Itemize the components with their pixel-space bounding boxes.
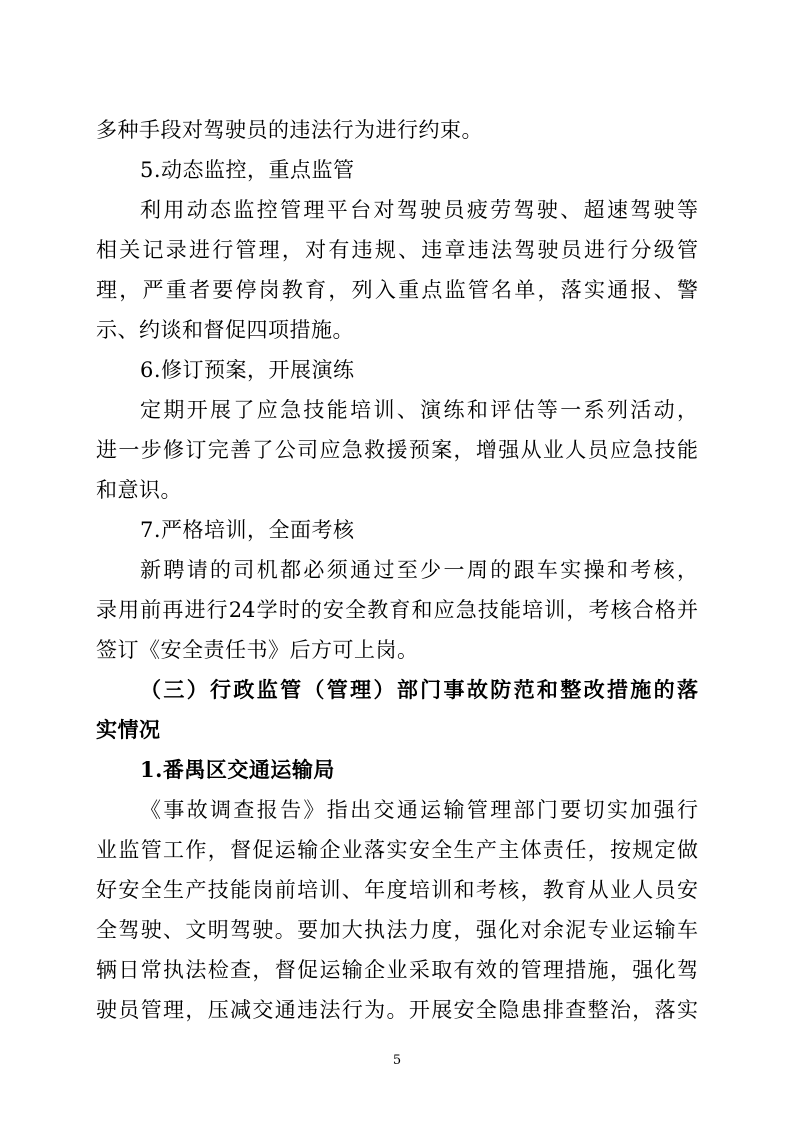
text-line: 业监管工作，督促运输企业落实安全生产主体责任，按规定做 (96, 830, 698, 870)
subheading-line: 6.修订预案，开展演练 (96, 350, 698, 390)
text-line: 定期开展了应急技能培训、演练和评估等一系列活动， (96, 390, 698, 430)
section-heading-line: 实情况 (96, 710, 698, 750)
text-line: 驶员管理，压减交通违法行为。开展安全隐患排查整治，落实 (96, 990, 698, 1030)
document-body: 多种手段对驾驶员的违法行为进行约束。5.动态监控，重点监管利用动态监控管理平台对… (96, 110, 698, 1030)
text-line: 录用前再进行24学时的安全教育和应急技能培训，考核合格并 (96, 590, 698, 630)
text-line: 进一步修订完善了公司应急救援预案，增强从业人员应急技能 (96, 430, 698, 470)
page-number: 5 (0, 1051, 794, 1071)
text-line: 新聘请的司机都必须通过至少一周的跟车实操和考核， (96, 550, 698, 590)
text-line: 辆日常执法检查，督促运输企业采取有效的管理措施，强化驾 (96, 950, 698, 990)
text-line: 好安全生产技能岗前培训、年度培训和考核，教育从业人员安 (96, 870, 698, 910)
text-line: 利用动态监控管理平台对驾驶员疲劳驾驶、超速驾驶等 (96, 190, 698, 230)
subheading-line: 5.动态监控，重点监管 (96, 150, 698, 190)
text-line: 理，严重者要停岗教育，列入重点监管名单，落实通报、警 (96, 270, 698, 310)
text-line: 和意识。 (96, 470, 698, 510)
text-line: 相关记录进行管理，对有违规、违章违法驾驶员进行分级管 (96, 230, 698, 270)
document-page: 多种手段对驾驶员的违法行为进行约束。5.动态监控，重点监管利用动态监控管理平台对… (0, 0, 794, 1123)
text-line: 签订《安全责任书》后方可上岗。 (96, 630, 698, 670)
subheading-line: 7.严格培训，全面考核 (96, 510, 698, 550)
text-line: 全驾驶、文明驾驶。要加大执法力度，强化对余泥专业运输车 (96, 910, 698, 950)
text-line: 《事故调查报告》指出交通运输管理部门要切实加强行 (96, 790, 698, 830)
text-line: 多种手段对驾驶员的违法行为进行约束。 (96, 110, 698, 150)
section-heading-line: （三）行政监管（管理）部门事故防范和整改措施的落 (96, 670, 698, 710)
text-line: 示、约谈和督促四项措施。 (96, 310, 698, 350)
section-heading-line: 1.番禺区交通运输局 (96, 750, 698, 790)
